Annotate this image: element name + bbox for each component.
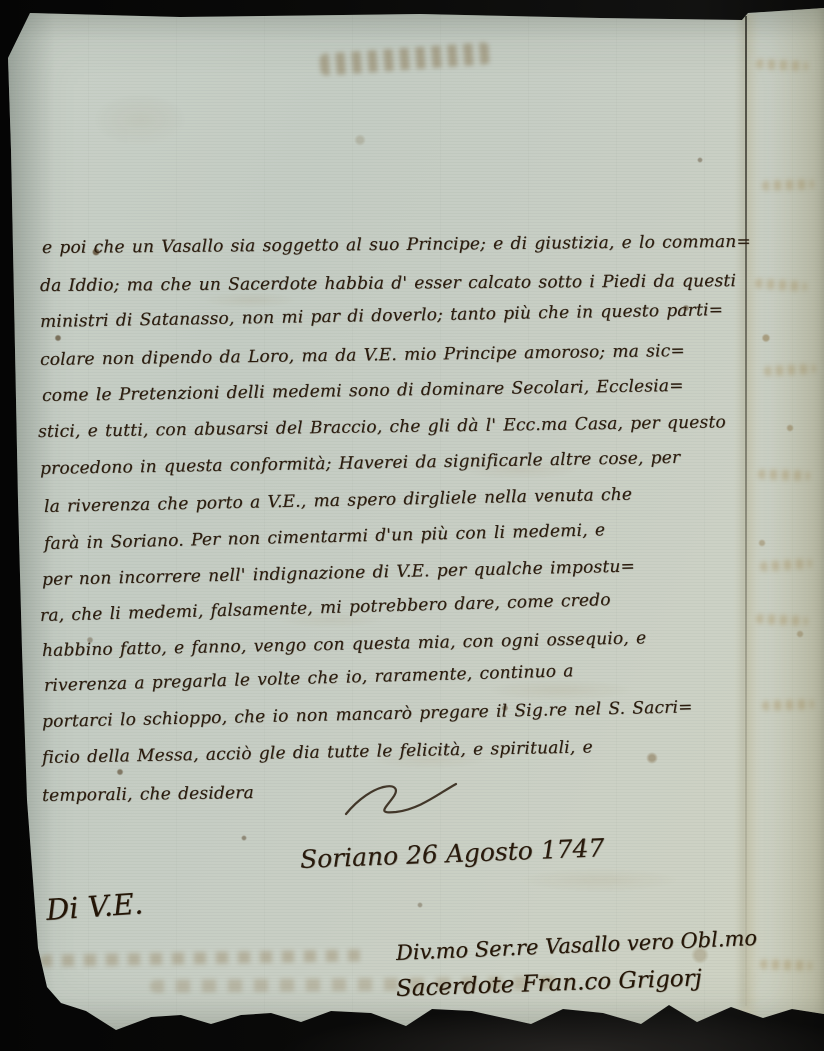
pen-flourish [342,780,462,828]
manuscript-line: temporali, che desidera [42,783,254,806]
manuscript-line: portarci lo schioppo, che io non mancarò… [42,697,693,732]
manuscript-line: ra, che li medemi, falsamente, mi potreb… [40,590,611,626]
manuscript-line: riverenza a pregarla le volte che io, ra… [44,661,574,696]
manuscript-line: procedono in questa conformità; Haverei … [40,448,681,479]
signature-line: Div.mo Ser.re Vasallo vero Obl.mo [395,926,757,965]
dateline: Soriano 26 Agosto 1747 [299,833,604,874]
manuscript-line: ministri di Satanasso, non mi par di dov… [40,300,723,332]
salutation: Di V.E. [45,886,144,927]
manuscript-line: habbino fatto, e fanno, vengo con questa… [42,628,647,661]
manuscript-line: da Iddio; ma che un Sacerdote habbia d' … [40,271,736,296]
manuscript-line: la riverenza che porto a V.E., ma spero … [44,485,632,517]
letter-page: e poi che un Vasallo sia soggetto al suo… [0,0,824,1051]
manuscript-line: per non incorrere nell' indignazione di … [42,557,635,590]
manuscript-line: farà in Soriano. Per non cimentarmi d'un… [44,520,606,554]
manuscript-line: colare non dipendo da Loro, ma da V.E. m… [40,341,685,370]
signature-line: Sacerdote Fran.co Grigorj [396,965,703,1002]
photo-backdrop: e poi che un Vasallo sia soggetto al suo… [0,0,824,1051]
manuscript-line: stici, e tutti, con abusarsi del Braccio… [38,412,726,442]
manuscript-line: come le Pretenzioni delli medemi sono di… [42,376,684,406]
manuscript-body: e poi che un Vasallo sia soggetto al suo… [0,0,824,1051]
manuscript-line: ficio della Messa, acciò gle dia tutte l… [42,737,593,768]
manuscript-line: e poi che un Vasallo sia soggetto al suo… [42,232,751,258]
